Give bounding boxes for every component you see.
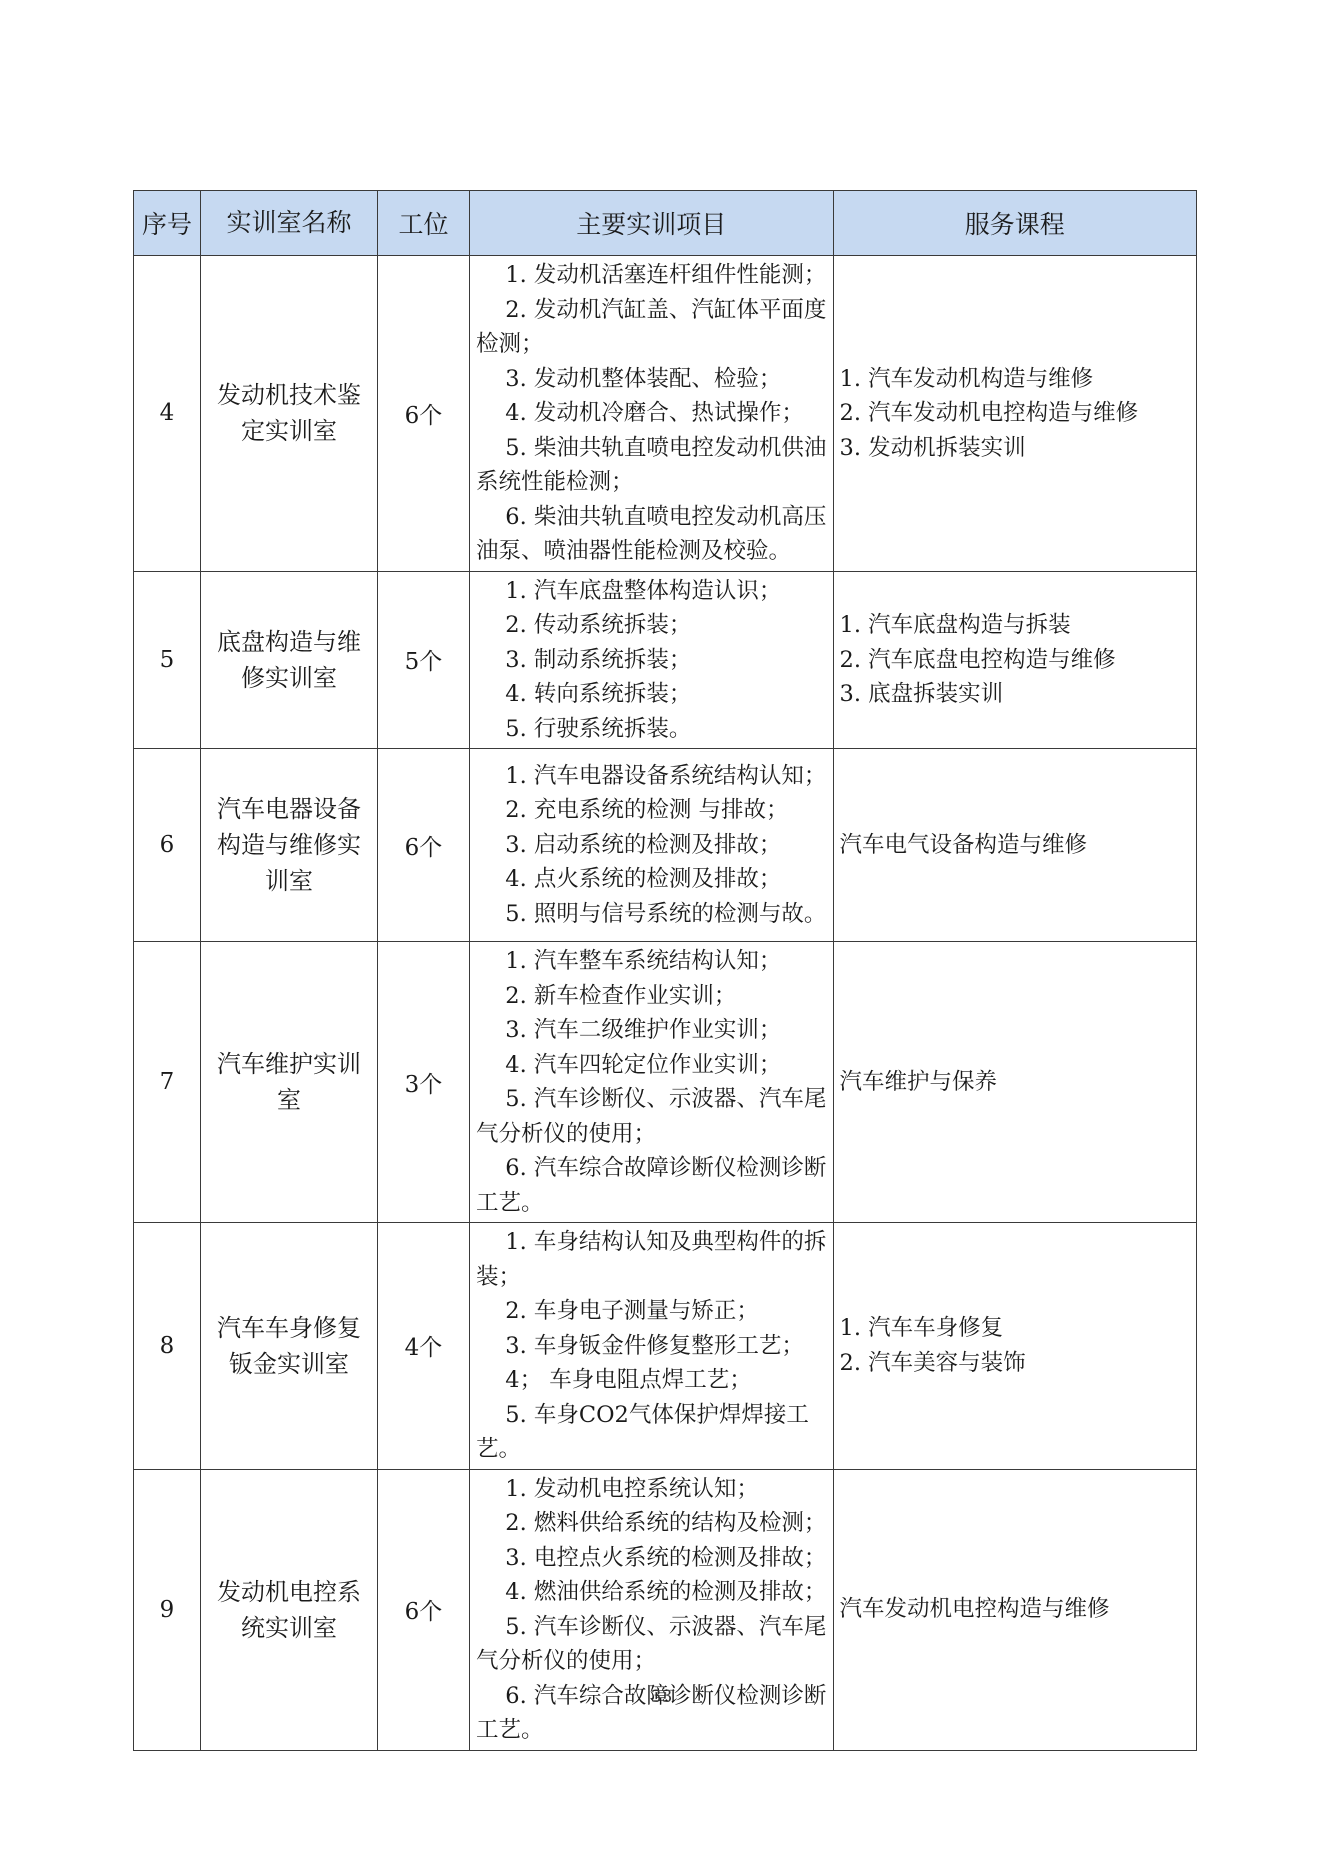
course-item: 3. 发动机拆装实训 (840, 431, 1191, 466)
course-item: 2. 汽车发动机电控构造与维修 (840, 396, 1191, 431)
training-item: 5. 行驶系统拆装。 (476, 712, 829, 747)
training-item: 1. 车身结构认知及典型构件的拆装； (476, 1225, 829, 1294)
cell-room-name: 发动机技术鉴定实训室 (201, 256, 378, 572)
training-item: 4. 发动机冷磨合、热试操作； (476, 396, 829, 431)
training-item: 3. 发动机整体装配、检验； (476, 362, 829, 397)
header-room-name: 实训室名称 (201, 191, 378, 256)
course-item: 3. 底盘拆装实训 (840, 677, 1191, 712)
cell-seq: 6 (134, 749, 201, 942)
training-item: 2. 车身电子测量与矫正； (476, 1294, 829, 1329)
training-item: 5. 汽车诊断仪、示波器、汽车尾气分析仪的使用； (476, 1082, 829, 1151)
cell-room-name: 底盘构造与维修实训室 (201, 571, 378, 749)
training-item: 4. 汽车四轮定位作业实训； (476, 1048, 829, 1083)
cell-seq: 4 (134, 256, 201, 572)
cell-training-items: 1. 发动机电控系统认知； 2. 燃料供给系统的结构及检测； 3. 电控点火系统… (470, 1469, 834, 1750)
cell-room-name: 汽车电器设备构造与维修实训室 (201, 749, 378, 942)
training-item: 4. 燃油供给系统的检测及排故； (476, 1575, 829, 1610)
training-item: 1. 发动机活塞连杆组件性能测； (476, 258, 829, 293)
course-item: 汽车电气设备构造与维修 (840, 828, 1191, 863)
training-item: 1. 汽车底盘整体构造认识； (476, 574, 829, 609)
training-item: 2. 充电系统的检测 与排故； (476, 793, 829, 828)
cell-seq: 9 (134, 1469, 201, 1750)
training-item: 1. 汽车整车系统结构认知； (476, 944, 829, 979)
cell-room-name: 发动机电控系统实训室 (201, 1469, 378, 1750)
cell-courses: 1. 汽车发动机构造与维修 2. 汽车发动机电控构造与维修 3. 发动机拆装实训 (833, 256, 1197, 572)
training-item: 4. 点火系统的检测及排故； (476, 862, 829, 897)
training-item: 3. 启动系统的检测及排故； (476, 828, 829, 863)
course-item: 2. 汽车底盘电控构造与维修 (840, 643, 1191, 678)
training-item: 1. 发动机电控系统认知； (476, 1472, 829, 1507)
table-row: 8 汽车车身修复钣金实训室 4个 1. 车身结构认知及典型构件的拆装； 2. 车… (134, 1223, 1197, 1470)
course-item: 汽车发动机电控构造与维修 (840, 1592, 1191, 1627)
header-courses: 服务课程 (833, 191, 1197, 256)
training-item: 5. 照明与信号系统的检测与故。 (476, 897, 829, 932)
table-row: 9 发动机电控系统实训室 6个 1. 发动机电控系统认知； 2. 燃料供给系统的… (134, 1469, 1197, 1750)
cell-seq: 7 (134, 942, 201, 1223)
header-seq: 序号 (134, 191, 201, 256)
training-item: 6. 柴油共轨直喷电控发动机高压油泵、喷油器性能检测及校验。 (476, 500, 829, 569)
course-item: 汽车维护与保养 (840, 1065, 1191, 1100)
cell-courses: 汽车发动机电控构造与维修 (833, 1469, 1197, 1750)
cell-training-items: 1. 汽车整车系统结构认知； 2. 新车检查作业实训； 3. 汽车二级维护作业实… (470, 942, 834, 1223)
cell-training-items: 1. 发动机活塞连杆组件性能测； 2. 发动机汽缸盖、汽缸体平面度检测； 3. … (470, 256, 834, 572)
training-item: 5. 汽车诊断仪、示波器、汽车尾气分析仪的使用； (476, 1610, 829, 1679)
cell-courses: 1. 汽车底盘构造与拆装 2. 汽车底盘电控构造与维修 3. 底盘拆装实训 (833, 571, 1197, 749)
training-item: 2. 新车检查作业实训； (476, 979, 829, 1014)
course-item: 1. 汽车车身修复 (840, 1311, 1191, 1346)
table-row: 6 汽车电器设备构造与维修实训室 6个 1. 汽车电器设备系统结构认知； 2. … (134, 749, 1197, 942)
table-header-row: 序号 实训室名称 工位 主要实训项目 服务课程 (134, 191, 1197, 256)
cell-seats: 6个 (378, 1469, 470, 1750)
cell-training-items: 1. 汽车底盘整体构造认识； 2. 传动系统拆装； 3. 制动系统拆装； 4. … (470, 571, 834, 749)
cell-courses: 汽车电气设备构造与维修 (833, 749, 1197, 942)
cell-room-name: 汽车维护实训室 (201, 942, 378, 1223)
cell-seq: 5 (134, 571, 201, 749)
page-number: 33 (0, 1687, 1323, 1707)
training-item: 3. 制动系统拆装； (476, 643, 829, 678)
training-room-table: 序号 实训室名称 工位 主要实训项目 服务课程 4 发动机技术鉴定实训室 6个 … (133, 190, 1197, 1751)
training-item: 3. 电控点火系统的检测及排故； (476, 1541, 829, 1576)
cell-seats: 4个 (378, 1223, 470, 1470)
training-item: 4. 转向系统拆装； (476, 677, 829, 712)
table-row: 5 底盘构造与维修实训室 5个 1. 汽车底盘整体构造认识； 2. 传动系统拆装… (134, 571, 1197, 749)
header-seats: 工位 (378, 191, 470, 256)
course-item: 1. 汽车底盘构造与拆装 (840, 608, 1191, 643)
training-item: 6. 汽车综合故障诊断仪检测诊断工艺。 (476, 1151, 829, 1220)
training-item: 1. 汽车电器设备系统结构认知； (476, 759, 829, 794)
table-row: 4 发动机技术鉴定实训室 6个 1. 发动机活塞连杆组件性能测； 2. 发动机汽… (134, 256, 1197, 572)
cell-room-name: 汽车车身修复钣金实训室 (201, 1223, 378, 1470)
training-item: 3. 车身钣金件修复整形工艺； (476, 1329, 829, 1364)
cell-courses: 1. 汽车车身修复 2. 汽车美容与装饰 (833, 1223, 1197, 1470)
training-item: 5. 柴油共轨直喷电控发动机供油系统性能检测； (476, 431, 829, 500)
training-item: 3. 汽车二级维护作业实训； (476, 1013, 829, 1048)
cell-seats: 5个 (378, 571, 470, 749)
cell-seq: 8 (134, 1223, 201, 1470)
cell-seats: 6个 (378, 256, 470, 572)
cell-training-items: 1. 车身结构认知及典型构件的拆装； 2. 车身电子测量与矫正； 3. 车身钣金… (470, 1223, 834, 1470)
training-item: 2. 发动机汽缸盖、汽缸体平面度检测； (476, 293, 829, 362)
cell-courses: 汽车维护与保养 (833, 942, 1197, 1223)
cell-seats: 3个 (378, 942, 470, 1223)
training-item: 2. 燃料供给系统的结构及检测； (476, 1506, 829, 1541)
cell-seats: 6个 (378, 749, 470, 942)
training-item: 5. 车身CO2气体保护焊焊接工艺。 (476, 1398, 829, 1467)
course-item: 2. 汽车美容与装饰 (840, 1346, 1191, 1381)
training-item: 4； 车身电阻点焊工艺； (476, 1363, 829, 1398)
header-training-items: 主要实训项目 (470, 191, 834, 256)
table-row: 7 汽车维护实训室 3个 1. 汽车整车系统结构认知； 2. 新车检查作业实训；… (134, 942, 1197, 1223)
training-item: 2. 传动系统拆装； (476, 608, 829, 643)
cell-training-items: 1. 汽车电器设备系统结构认知； 2. 充电系统的检测 与排故； 3. 启动系统… (470, 749, 834, 942)
course-item: 1. 汽车发动机构造与维修 (840, 362, 1191, 397)
document-page: 序号 实训室名称 工位 主要实训项目 服务课程 4 发动机技术鉴定实训室 6个 … (0, 0, 1323, 1871)
